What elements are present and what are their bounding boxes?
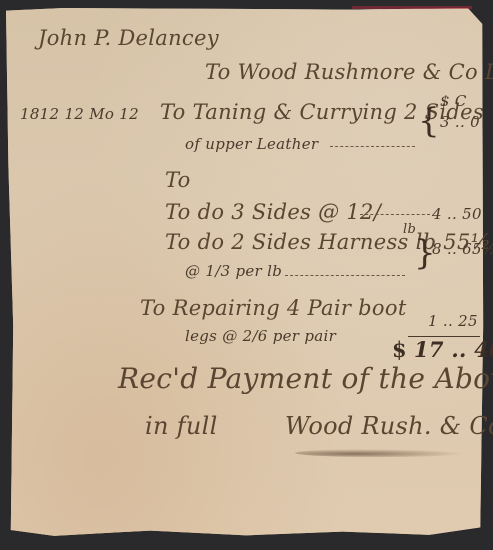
addressee: John P. Delancey (38, 26, 219, 50)
leader-line (360, 214, 430, 216)
leader-line (330, 146, 415, 148)
entry-5-line2: legs @ 2/6 per pair (185, 327, 336, 345)
dollar-symbol: $ (392, 337, 407, 362)
entry-4-amount: 8 .. 65½ (432, 240, 493, 258)
receipt-line2: in full (145, 412, 218, 440)
payee-line: To Wood Rushmore & Co Dr (205, 60, 493, 84)
currency-header: $ C (440, 92, 467, 110)
signature: Wood Rush. & Co. (285, 412, 493, 440)
entry-date: 1812 12 Mo 12 (20, 105, 139, 123)
entry-4-line2: @ 1/3 per lb (185, 262, 282, 280)
entry-5-amount: 1 .. 25 (428, 312, 478, 330)
leader-line (285, 275, 405, 277)
entry-3-line1: To do 3 Sides @ 12/ (165, 200, 381, 224)
entry-1-amount: 3 .. 0 (440, 113, 480, 131)
entry-1-line2: of upper Leather (185, 135, 318, 153)
receipt-line1: Rec'd Payment of the Above (118, 362, 493, 395)
entry-3-amount: 4 .. 50 (432, 205, 482, 223)
red-edge-mark (352, 6, 472, 9)
total-amount: 17 .. 40½ (414, 337, 493, 362)
entry-5-line1: To Repairing 4 Pair boot (140, 296, 407, 320)
entry-2-line1: To (165, 168, 191, 192)
ink-smear (295, 449, 465, 457)
brace-icon: { (418, 104, 440, 138)
